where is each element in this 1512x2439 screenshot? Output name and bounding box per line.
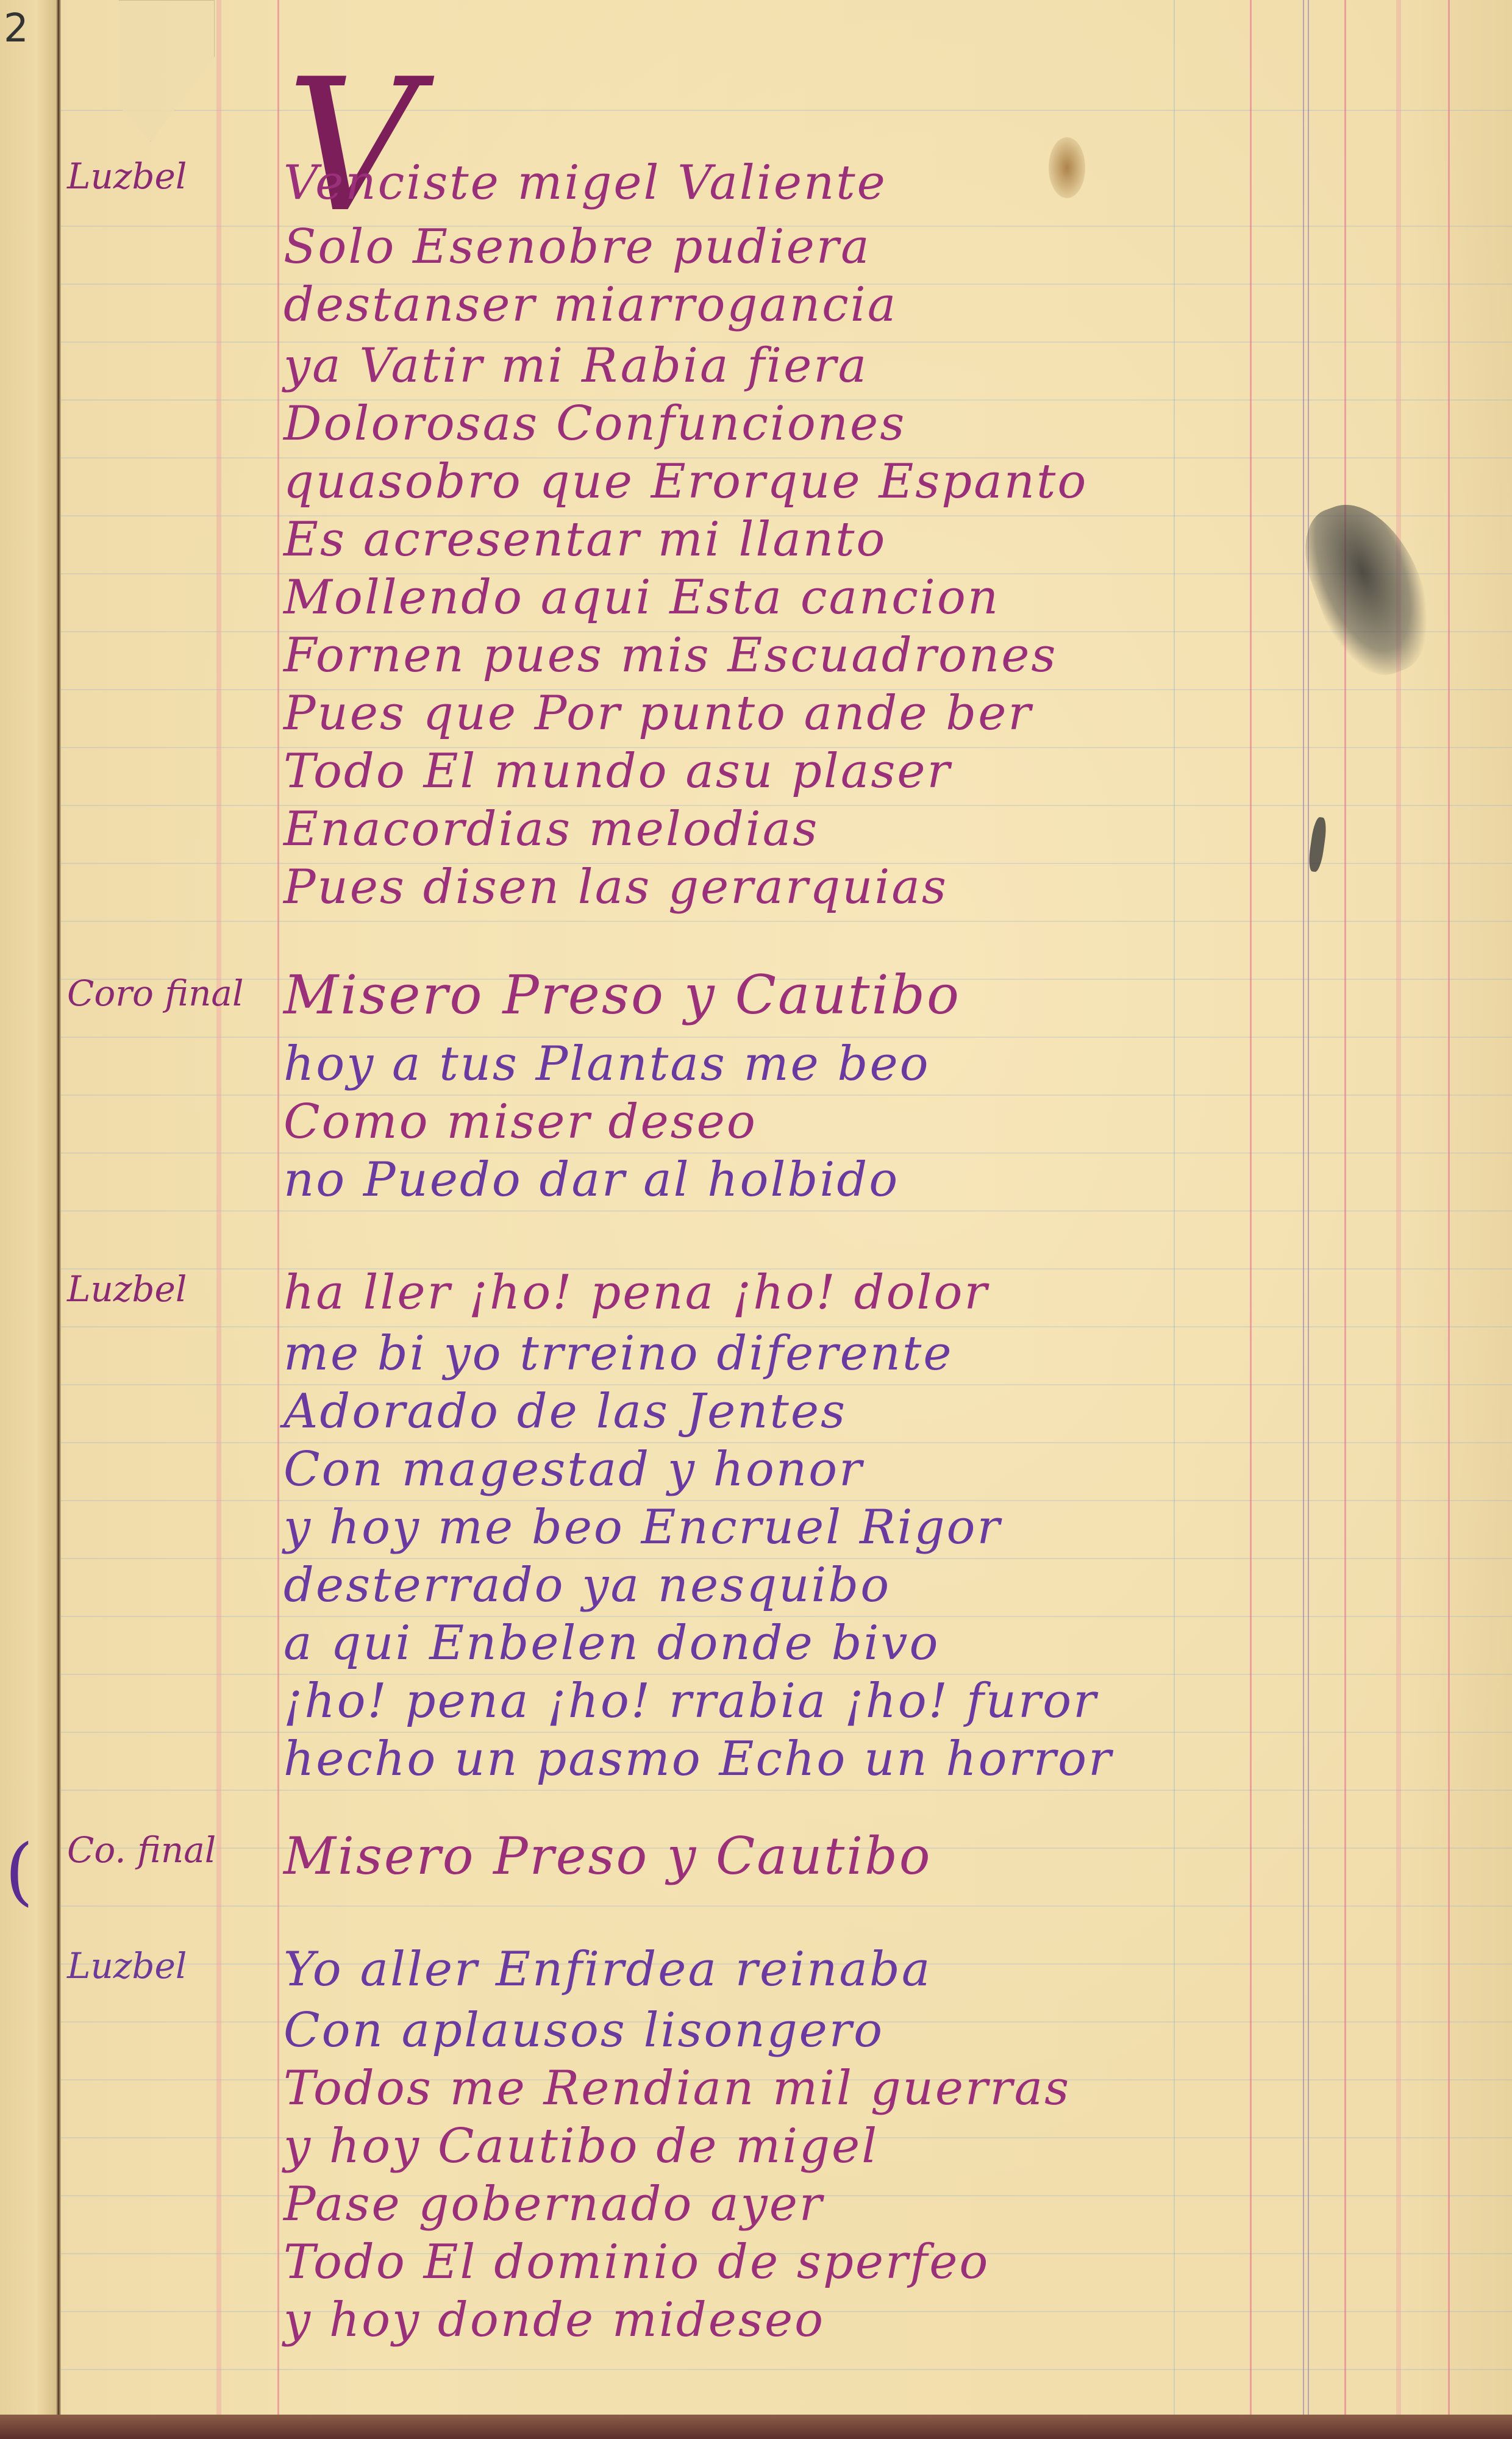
ink-blot — [1290, 488, 1448, 690]
column-rule — [1448, 0, 1450, 2439]
verse-line: quasobro que Erorque Espanto — [283, 454, 1088, 509]
water-stain — [1049, 137, 1085, 198]
verse-line: Venciste migel Valiente — [283, 155, 887, 210]
ink-blot — [1307, 816, 1328, 873]
verse-line: no Puedo dar al holbido — [283, 1152, 899, 1207]
verse-line: Misero Preso y Cautibo — [283, 963, 961, 1026]
verse-line: desterrado ya nesquibo — [283, 1558, 891, 1613]
verse-line: Yo aller Enfirdea reinaba — [283, 1942, 932, 1997]
decorative-initial: V — [287, 55, 419, 238]
verse-line: y hoy me beo Encruel Rigor — [283, 1500, 1002, 1555]
column-rule — [1303, 0, 1304, 2439]
margin-rule — [216, 0, 221, 2439]
verse-line: ha ller ¡ho! pena ¡ho! dolor — [283, 1265, 989, 1320]
verse-line: destanser miarrogancia — [283, 277, 897, 332]
torn-binding-edge — [0, 0, 61, 2439]
speaker-label: Co. final — [67, 1829, 216, 1871]
verse-line: hoy a tus Plantas me beo — [283, 1037, 930, 1091]
verse-line: Todos me Rendian mil guerras — [283, 2061, 1071, 2116]
verse-line: a qui Enbelen donde bivo — [283, 1616, 940, 1671]
margin-rule — [277, 0, 279, 2439]
verse-line: Con aplausos lisongero — [283, 2003, 884, 2058]
verse-line: ¡ho! pena ¡ho! rrabia ¡ho! furor — [283, 1674, 1098, 1729]
verse-line: y hoy donde mideseo — [283, 2293, 825, 2348]
speaker-label: Coro final — [67, 973, 244, 1014]
verse-line: y hoy Cautibo de migel — [283, 2119, 879, 2174]
column-rule — [1308, 0, 1309, 2439]
margin-bracket-mark: ( — [5, 1829, 34, 1914]
speaker-label: Luzbel — [67, 1268, 187, 1310]
verse-line: Mollendo aqui Esta cancion — [283, 570, 1000, 625]
verse-line: Pase gobernado ayer — [283, 2177, 824, 2232]
verse-line: Todo El dominio de sperfeo — [283, 2235, 990, 2290]
verse-line: Adorado de las Jentes — [283, 1384, 847, 1439]
speaker-label: Luzbel — [67, 1945, 187, 1987]
speaker-label: Luzbel — [67, 155, 187, 197]
verse-line: Solo Esenobre pudiera — [283, 220, 871, 274]
verse-line: ya Vatir mi Rabia fiera — [283, 338, 868, 393]
verse-line: me bi yo trreino diferente — [283, 1326, 954, 1381]
verse-line: Es acresentar mi llanto — [283, 512, 886, 567]
book-cover-edge — [0, 2415, 1512, 2439]
verse-line: Misero Preso y Cautibo — [283, 1826, 932, 1886]
verse-line: Dolorosas Confunciones — [283, 396, 906, 451]
manuscript-page: 2 ( Luzbel V Venciste migel Valiente Sol… — [0, 0, 1512, 2439]
verse-line: Pues disen las gerarquias — [283, 860, 948, 915]
verse-line: Como miser deseo — [283, 1095, 757, 1149]
torn-paper-flap — [55, 0, 215, 141]
verse-line: Todo El mundo asu plaser — [283, 744, 952, 799]
page-number-fragment: 2 — [4, 6, 29, 51]
column-rule — [1174, 0, 1175, 2439]
verse-line: hecho un pasmo Echo un horror — [283, 1732, 1113, 1787]
verse-line: Pues que Por punto ande ber — [283, 686, 1033, 741]
verse-line: Con magestad y honor — [283, 1442, 863, 1497]
column-rule — [1250, 0, 1252, 2439]
verse-line: Enacordias melodias — [283, 802, 819, 857]
column-rule — [1396, 0, 1401, 2439]
verse-line: Fornen pues mis Escuadrones — [283, 628, 1057, 683]
column-rule — [1344, 0, 1346, 2439]
